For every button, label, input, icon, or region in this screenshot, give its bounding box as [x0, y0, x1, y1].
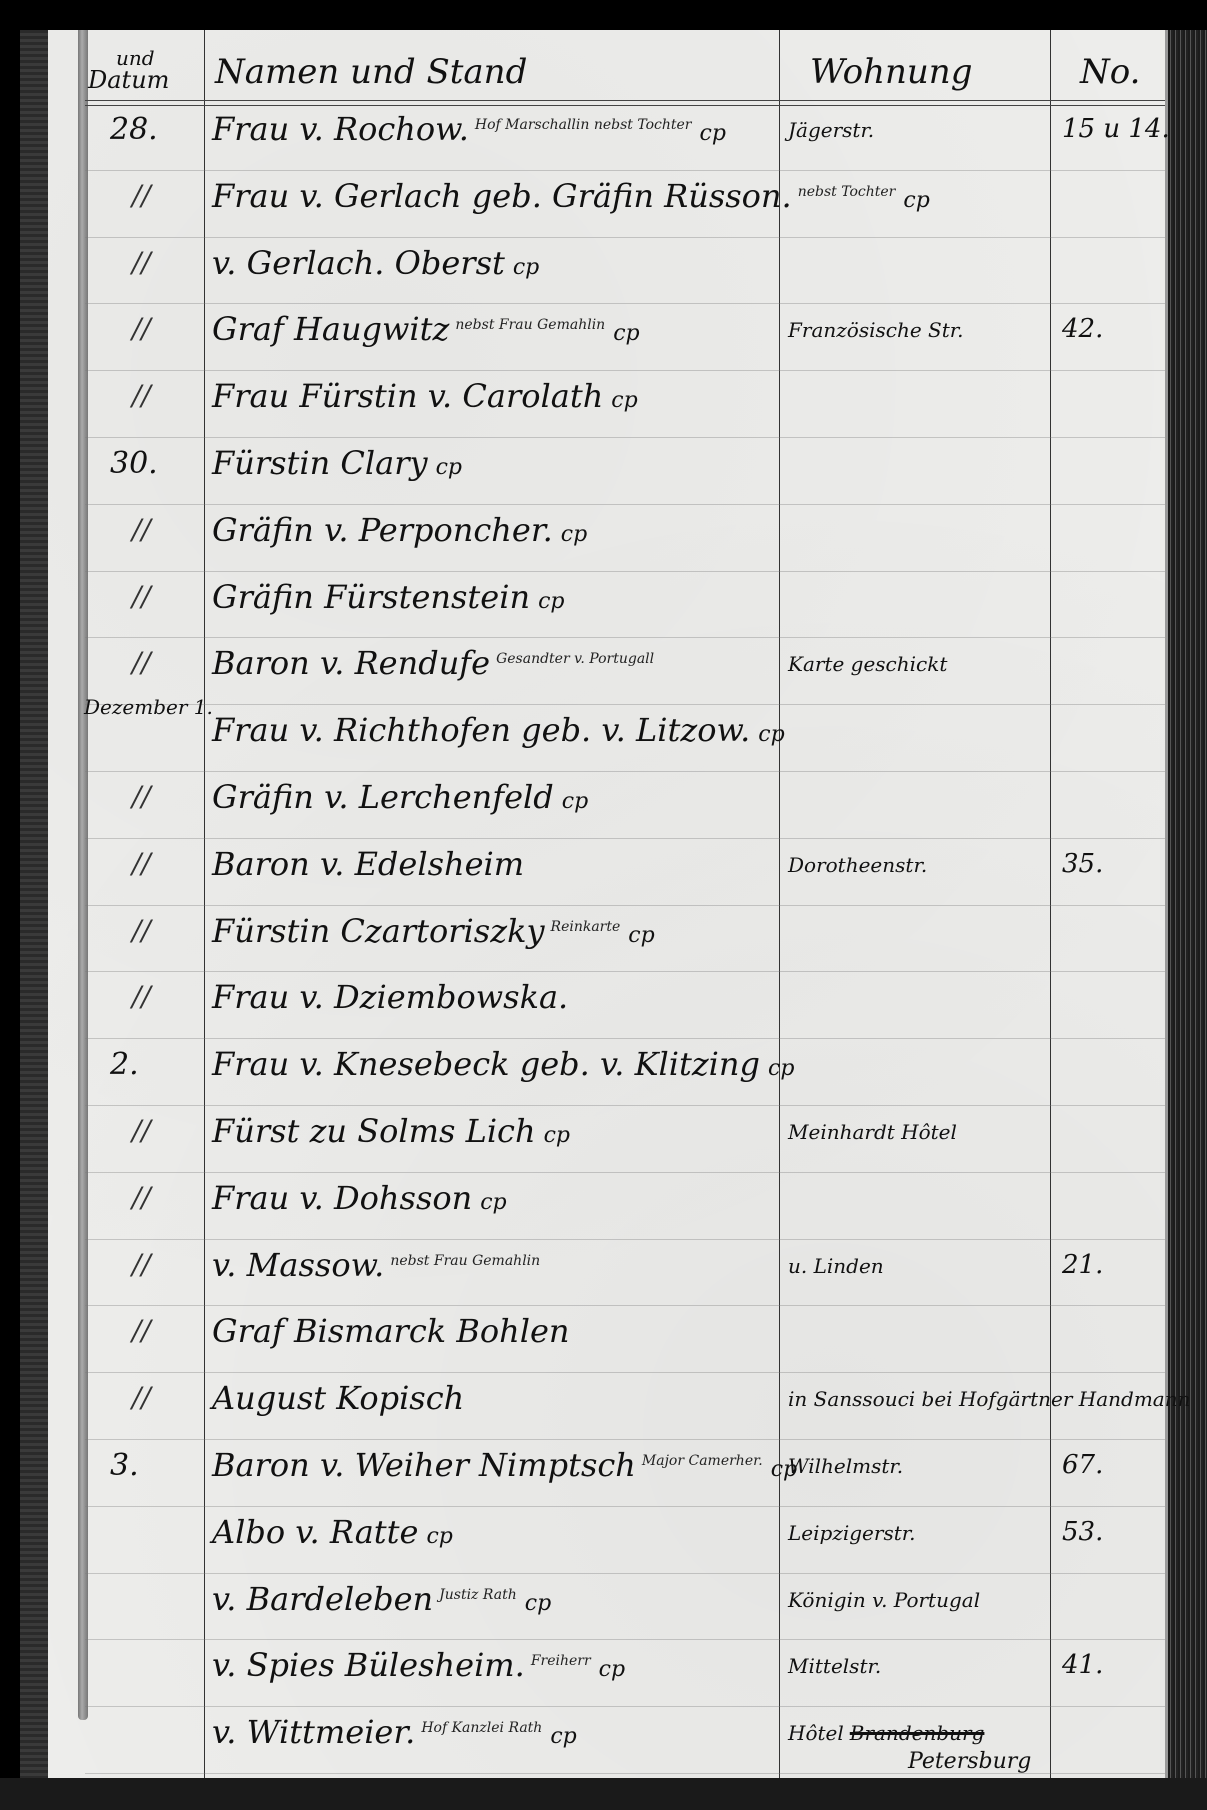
entry-name: Frau v. Richthofen geb. v. Litzow.cp	[212, 711, 777, 749]
entry-date: //	[110, 1248, 222, 1281]
entry-number: 53.	[1062, 1517, 1162, 1547]
entry-name-text: Gräfin Fürstenstein	[212, 578, 530, 616]
entry-name-text: Frau v. Gerlach geb. Gräfin Rüsson.	[212, 177, 792, 215]
register-row: Albo v. RattecpLeipzigerstr.53.	[0, 1507, 1207, 1567]
entry-date: 28.	[110, 112, 200, 147]
entry-note: nebst Frau Gemahlin	[390, 1253, 540, 1269]
entry-name-text: Gräfin v. Perponcher.	[212, 511, 553, 549]
entry-date: //	[110, 246, 222, 279]
entry-date: //	[110, 1314, 222, 1347]
entry-address-text: Karte geschickt	[788, 652, 947, 676]
entry-name: Fürst zu Solms Lichcp	[212, 1112, 777, 1150]
entry-mark: cp	[599, 1657, 625, 1682]
entry-address: u. Linden	[788, 1254, 1050, 1278]
entry-name: v. Gerlach. Oberstcp	[212, 244, 777, 282]
entry-date: //	[110, 179, 222, 212]
entry-address-text: in Sanssouci bei Hofgärtner Handmann	[788, 1387, 1190, 1411]
entry-name-text: Frau v. Dohsson	[212, 1179, 472, 1217]
entry-name-text: Frau v. Rochow.	[212, 110, 469, 148]
header-date-top: und	[88, 48, 155, 68]
entry-mark: cp	[611, 388, 637, 413]
entry-mark: cp	[758, 722, 784, 747]
entry-mark: cp	[538, 589, 564, 614]
entry-date: //	[110, 379, 222, 412]
entry-address: Französische Str.	[788, 318, 1050, 342]
header-date-label: Datum	[88, 68, 169, 92]
entry-address-text: Meinhardt Hôtel	[788, 1120, 957, 1144]
entry-name-text: v. Spies Bülesheim.	[212, 1646, 525, 1684]
header-address: Wohnung	[810, 30, 1050, 100]
entry-date: //	[110, 513, 222, 546]
entry-address-text: Hôtel	[788, 1721, 844, 1745]
entry-address: HôtelBrandenburgPetersburg	[788, 1721, 1050, 1774]
entry-name-text: Graf Haugwitz	[212, 310, 449, 348]
entry-number: 15 u 14.	[1062, 114, 1162, 144]
entry-address-struck: Brandenburg	[850, 1721, 985, 1745]
entry-date: //	[110, 1114, 222, 1147]
register-row: //Frau Fürstin v. Carolathcp	[0, 371, 1207, 431]
entry-date: //	[110, 914, 222, 947]
entry-address: Wilhelmstr.	[788, 1454, 1050, 1478]
entry-date: //	[110, 847, 222, 880]
entry-name: Albo v. Rattecp	[212, 1513, 777, 1551]
entry-mark: cp	[613, 321, 639, 346]
entry-date: 30.	[110, 446, 200, 481]
entry-note: Hof Kanzlei Rath	[421, 1720, 542, 1736]
entry-mark: cp	[550, 1724, 576, 1749]
entry-date: //	[110, 1181, 222, 1214]
register-row: 2.Frau v. Knesebeck geb. v. Klitzingcp	[0, 1039, 1207, 1099]
register-row: //Baron v. RendufeGesandter v. Portugall…	[0, 638, 1207, 698]
entry-mark: cp	[628, 923, 654, 948]
register-row: 3.Baron v. Weiher NimptschMajor Camerher…	[0, 1440, 1207, 1500]
entry-name-text: v. Bardeleben	[212, 1580, 433, 1618]
entry-name-text: Baron v. Rendufe	[212, 644, 490, 682]
entry-name-text: Fürstin Czartoriszky	[212, 912, 545, 950]
entry-name-text: August Kopisch	[212, 1379, 464, 1417]
entry-date: //	[110, 312, 222, 345]
entry-name: Gräfin v. Lerchenfeldcp	[212, 778, 777, 816]
entry-address: Leipzigerstr.	[788, 1521, 1050, 1545]
register-row: //Fürstin CzartoriszkyReinkartecp	[0, 906, 1207, 966]
entry-mark: cp	[525, 1591, 551, 1616]
register-row: //Fürst zu Solms LichcpMeinhardt Hôtel	[0, 1106, 1207, 1166]
entry-name: Frau Fürstin v. Carolathcp	[212, 377, 777, 415]
entry-address: Jägerstr.	[788, 118, 1050, 142]
register-row: //August Kopischin Sanssouci bei Hofgärt…	[0, 1373, 1207, 1433]
header-number: No.	[1080, 30, 1165, 100]
register-row: //Gräfin v. Lerchenfeldcp	[0, 772, 1207, 832]
entry-note: Gesandter v. Portugall	[496, 651, 654, 667]
entry-address: Dorotheenstr.	[788, 853, 1050, 877]
entry-mark: cp	[544, 1123, 570, 1148]
register-row: v. Wittmeier.Hof Kanzlei RathcpHôtelBran…	[0, 1707, 1207, 1767]
entry-address-sub: Petersburg	[788, 1749, 1050, 1774]
entry-name: v. Spies Bülesheim.Freiherrcp	[212, 1646, 777, 1684]
entry-number: 35.	[1062, 849, 1162, 879]
register-row: //Frau v. Dziembowska.	[0, 972, 1207, 1032]
register-row: //Frau v. Gerlach geb. Gräfin Rüsson.neb…	[0, 171, 1207, 231]
entry-address-text: Königin v. Portugal	[788, 1588, 980, 1612]
entry-name: Frau v. Dziembowska.	[212, 978, 777, 1016]
entry-name: Graf Bismarck Bohlen	[212, 1312, 777, 1350]
entry-date: //	[110, 646, 222, 679]
entry-address: Meinhardt Hôtel	[788, 1120, 1050, 1144]
entry-note: nebst Frau Gemahlin	[455, 317, 605, 333]
entry-name-text: Fürstin Clary	[212, 444, 428, 482]
entry-name-text: Graf Bismarck Bohlen	[212, 1312, 570, 1350]
register-row: //Graf Bismarck Bohlen	[0, 1306, 1207, 1366]
entry-name: Frau v. Gerlach geb. Gräfin Rüsson.nebst…	[212, 177, 777, 215]
register-row: //Gräfin Fürstensteincp	[0, 572, 1207, 632]
register-row: //v. Gerlach. Oberstcp	[0, 238, 1207, 298]
entry-address-text: Dorotheenstr.	[788, 853, 927, 877]
entry-mark: cp	[562, 789, 588, 814]
entry-name: v. Massow.nebst Frau Gemahlin	[212, 1246, 777, 1284]
entry-number: 67.	[1062, 1450, 1162, 1480]
entry-note: nebst Tochter	[798, 184, 896, 200]
entry-name-text: Frau v. Richthofen geb. v. Litzow.	[212, 711, 750, 749]
entry-date: 2.	[110, 1047, 200, 1082]
entry-mark: cp	[480, 1190, 506, 1215]
register-row: //Gräfin v. Perponcher.cp	[0, 505, 1207, 565]
entry-address: Königin v. Portugal	[788, 1588, 1050, 1612]
entry-mark: cp	[700, 121, 726, 146]
register-row: //v. Massow.nebst Frau Gemahlinu. Linden…	[0, 1240, 1207, 1300]
entry-name-text: v. Wittmeier.	[212, 1713, 415, 1751]
entry-date: //	[110, 1381, 222, 1414]
register-row: v. BardelebenJustiz RathcpKönigin v. Por…	[0, 1574, 1207, 1634]
register-row: v. Spies Bülesheim.FreiherrcpMittelstr.4…	[0, 1640, 1207, 1700]
entry-date: //	[110, 980, 222, 1013]
entry-note: Hof Marschallin nebst Tochter	[475, 117, 692, 133]
entry-name: Baron v. Edelsheim	[212, 845, 777, 883]
entry-name: Gräfin v. Perponcher.cp	[212, 511, 777, 549]
entry-name: Baron v. RendufeGesandter v. Portugall	[212, 644, 777, 682]
entry-date: 3.	[110, 1448, 200, 1483]
entry-name: Fürstin Clarycp	[212, 444, 777, 482]
register-row: 28.Frau v. Rochow.Hof Marschallin nebst …	[0, 104, 1207, 164]
entry-name: Gräfin Fürstensteincp	[212, 578, 777, 616]
entry-number: 42.	[1062, 314, 1162, 344]
entry-name-text: Frau v. Dziembowska.	[212, 978, 568, 1016]
entry-name-text: Gräfin v. Lerchenfeld	[212, 778, 554, 816]
entry-address: Mittelstr.	[788, 1654, 1050, 1678]
register-row: Dezember 1.Frau v. Richthofen geb. v. Li…	[0, 705, 1207, 765]
entry-address: Karte geschickt	[788, 652, 1050, 676]
entry-mark: cp	[513, 255, 539, 280]
entry-note: Reinkarte	[551, 919, 621, 935]
entry-name: Graf Haugwitznebst Frau Gemahlincp	[212, 310, 777, 348]
register-row: //Graf Haugwitznebst Frau GemahlincpFran…	[0, 304, 1207, 364]
entry-name-text: v. Gerlach. Oberst	[212, 244, 505, 282]
register-row: //Frau v. Dohssoncp	[0, 1173, 1207, 1233]
entry-address-text: Leipzigerstr.	[788, 1521, 915, 1545]
entry-name: v. Wittmeier.Hof Kanzlei Rathcp	[212, 1713, 777, 1751]
book-bottom-edge	[0, 1778, 1207, 1810]
entry-mark: cp	[561, 522, 587, 547]
entry-name-text: Fürst zu Solms Lich	[212, 1112, 536, 1150]
entry-number: 41.	[1062, 1650, 1162, 1680]
entry-address-text: Jägerstr.	[788, 118, 874, 142]
entry-name-text: Albo v. Ratte	[212, 1513, 418, 1551]
entry-date: //	[110, 780, 222, 813]
header-date: und Datum	[88, 30, 204, 100]
entry-name-text: Baron v. Weiher Nimptsch	[212, 1446, 636, 1484]
entry-mark: cp	[426, 1524, 452, 1549]
entry-date: Dezember 1.	[84, 697, 174, 718]
entry-name: Frau v. Knesebeck geb. v. Klitzingcp	[212, 1045, 777, 1083]
entry-number: 21.	[1062, 1250, 1162, 1280]
entry-note: Justiz Rath	[439, 1587, 517, 1603]
entry-name-text: Baron v. Edelsheim	[212, 845, 524, 883]
entry-date: //	[110, 580, 222, 613]
entry-name: Frau v. Rochow.Hof Marschallin nebst Toc…	[212, 110, 777, 148]
entry-name: Fürstin CzartoriszkyReinkartecp	[212, 912, 777, 950]
entry-address-text: Wilhelmstr.	[788, 1454, 903, 1478]
entry-name-text: v. Massow.	[212, 1246, 384, 1284]
entry-name: Baron v. Weiher NimptschMajor Camerher.c…	[212, 1446, 777, 1484]
entry-mark: cp	[768, 1056, 794, 1081]
entry-address: in Sanssouci bei Hofgärtner Handmann	[788, 1387, 1050, 1411]
entry-note: Freiherr	[531, 1653, 591, 1669]
entry-note: Major Camerher.	[642, 1453, 763, 1469]
entry-address-text: Französische Str.	[788, 318, 963, 342]
entry-name: August Kopisch	[212, 1379, 777, 1417]
entry-name-text: Frau v. Knesebeck geb. v. Klitzing	[212, 1045, 760, 1083]
register-row: 30.Fürstin Clarycp	[0, 438, 1207, 498]
entry-name-text: Frau Fürstin v. Carolath	[212, 377, 603, 415]
entry-name: Frau v. Dohssoncp	[212, 1179, 777, 1217]
entry-mark: cp	[903, 188, 929, 213]
register-row: //Baron v. EdelsheimDorotheenstr.35.	[0, 839, 1207, 899]
entry-mark: cp	[436, 455, 462, 480]
entry-address-text: u. Linden	[788, 1254, 884, 1278]
entry-address-text: Mittelstr.	[788, 1654, 881, 1678]
header-name: Namen und Stand	[215, 30, 775, 100]
entry-name: v. BardelebenJustiz Rathcp	[212, 1580, 777, 1618]
